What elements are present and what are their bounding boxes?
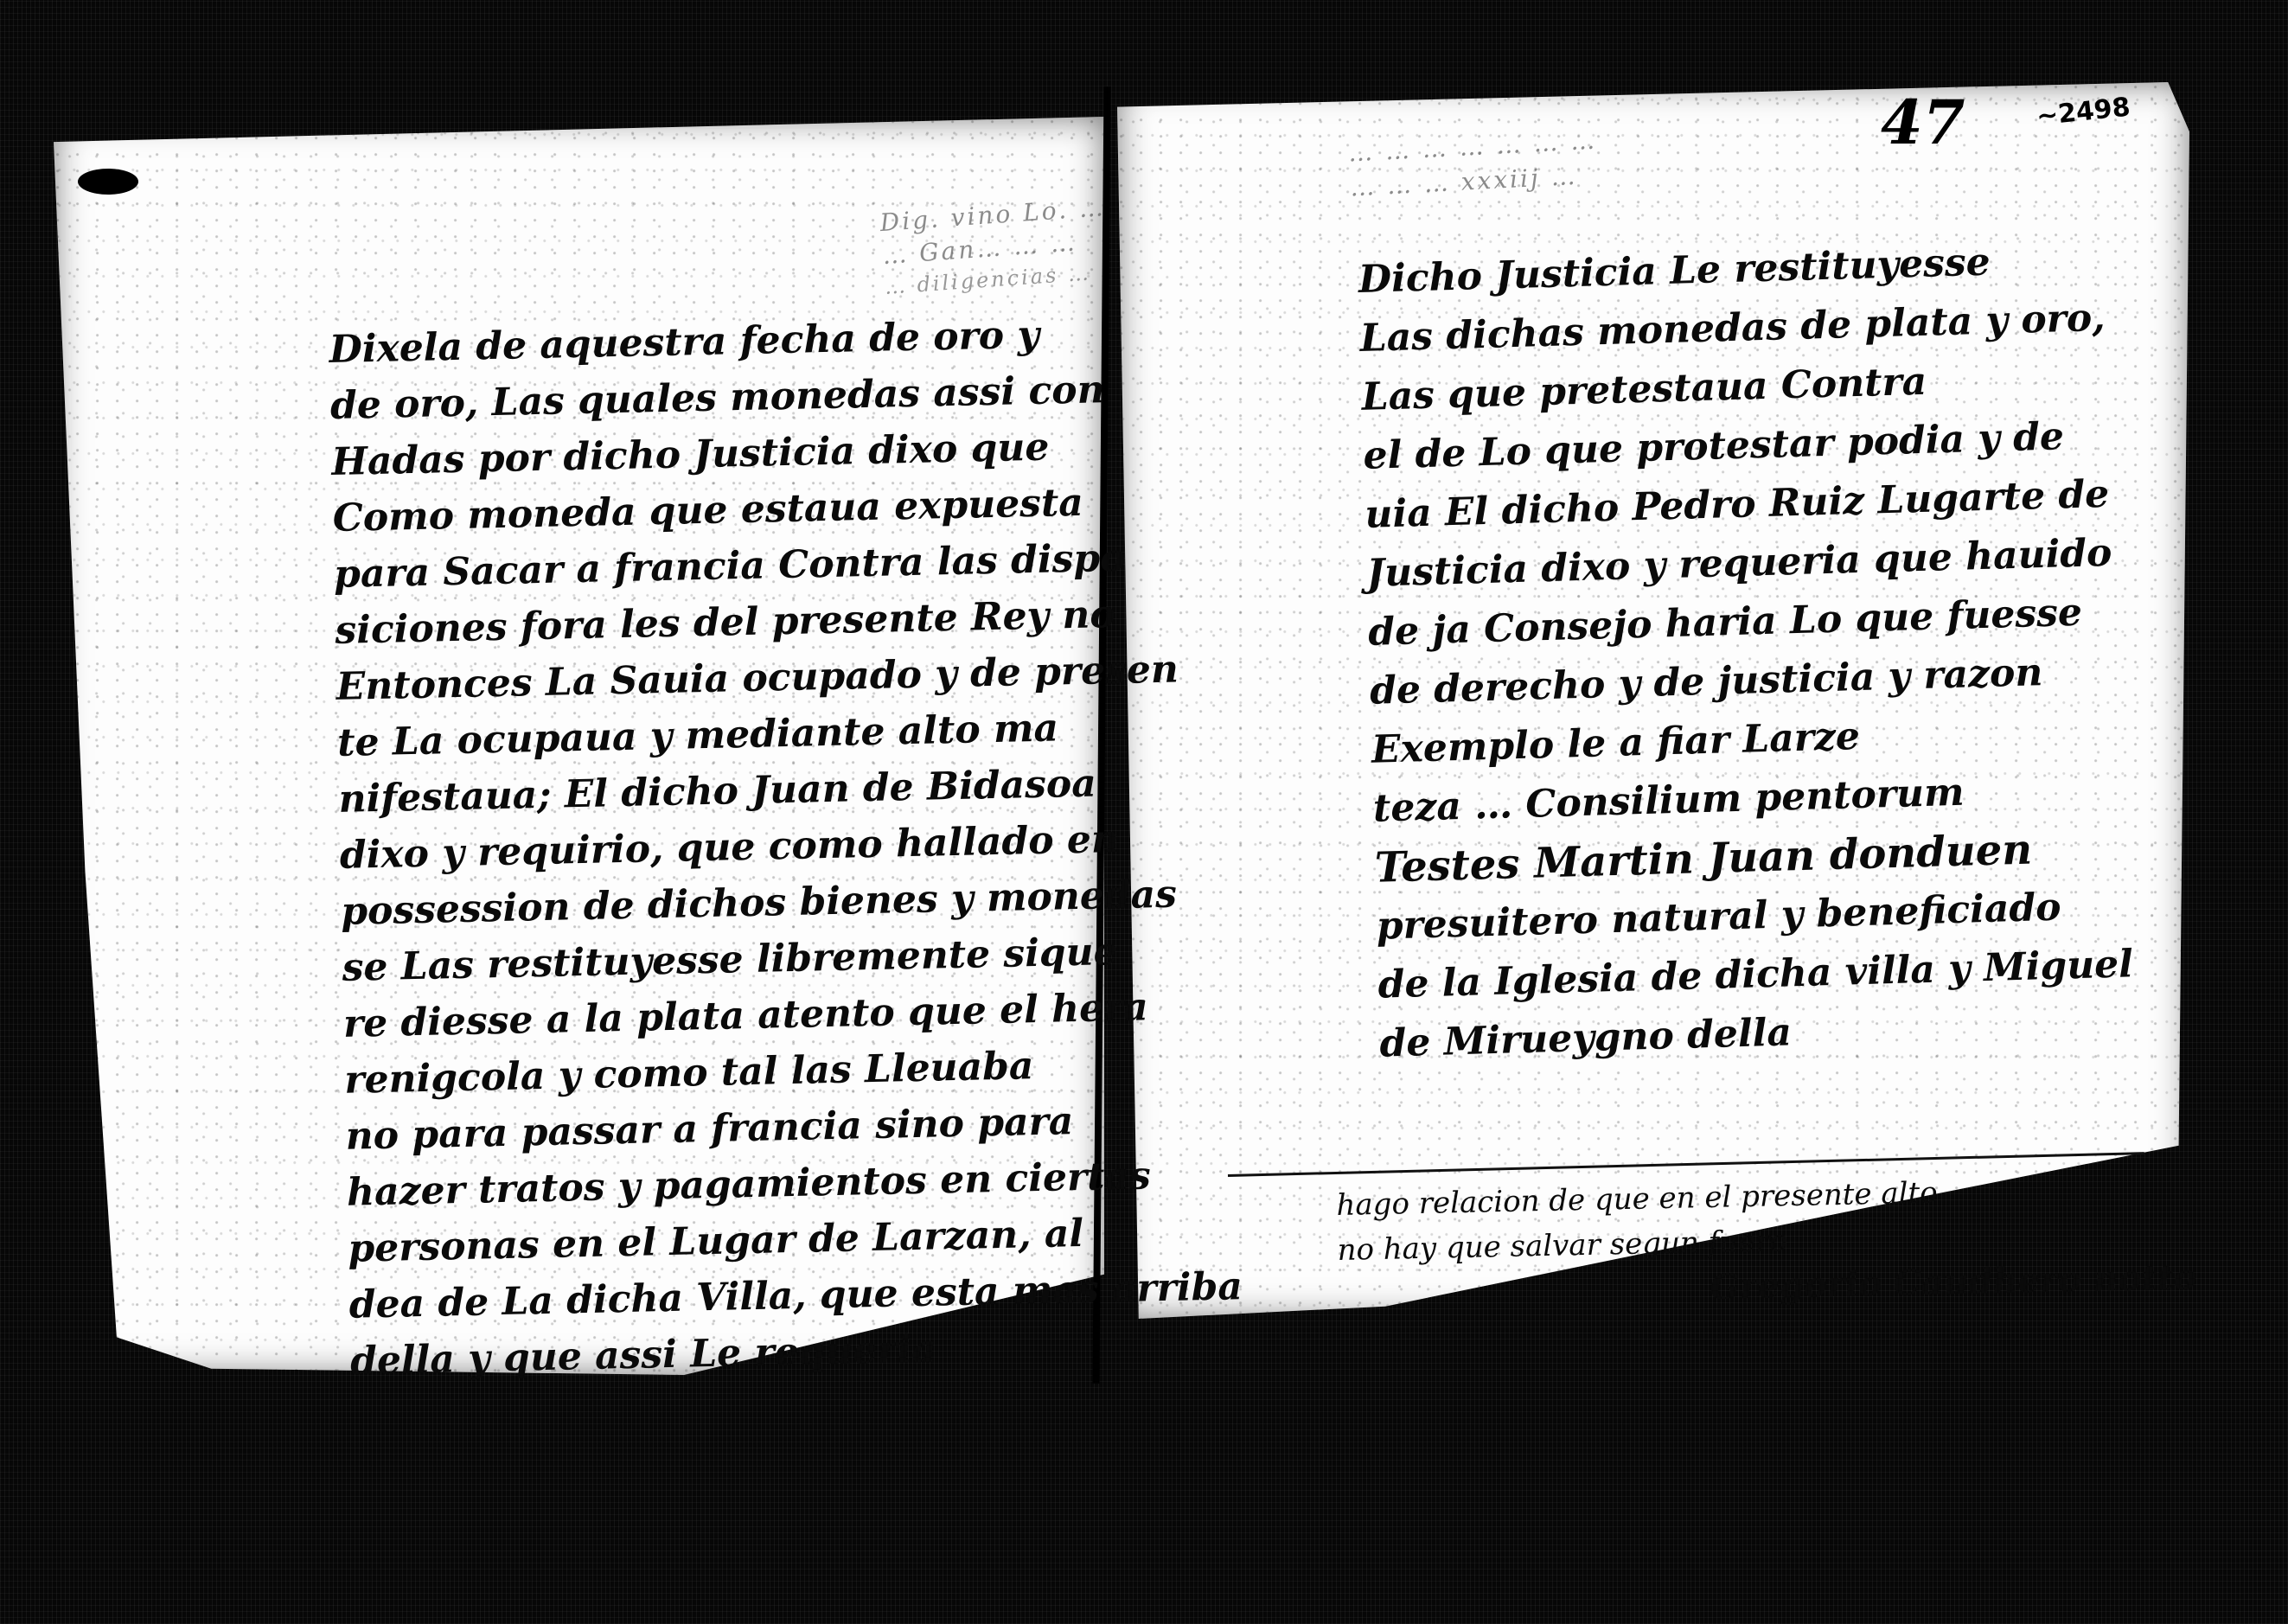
ink-blot-mark [78,169,138,195]
left-page-text: Dixela de aquestra fecha de oro y de oro… [329,303,1244,1389]
left-margin-notes: Dig. vino Lo. … … Gan… … … … diligencias… [879,191,1110,302]
right-header-notes: … … … … … … … … … … xxxiij … [1347,124,1600,206]
right-page-text: Dicho Justicia Le restituyesse Las dicha… [1358,230,2136,1074]
folio-number: 47 [1881,86,1965,158]
notary-note: hago relacion de que en el presente alto… [1336,1165,2197,1318]
